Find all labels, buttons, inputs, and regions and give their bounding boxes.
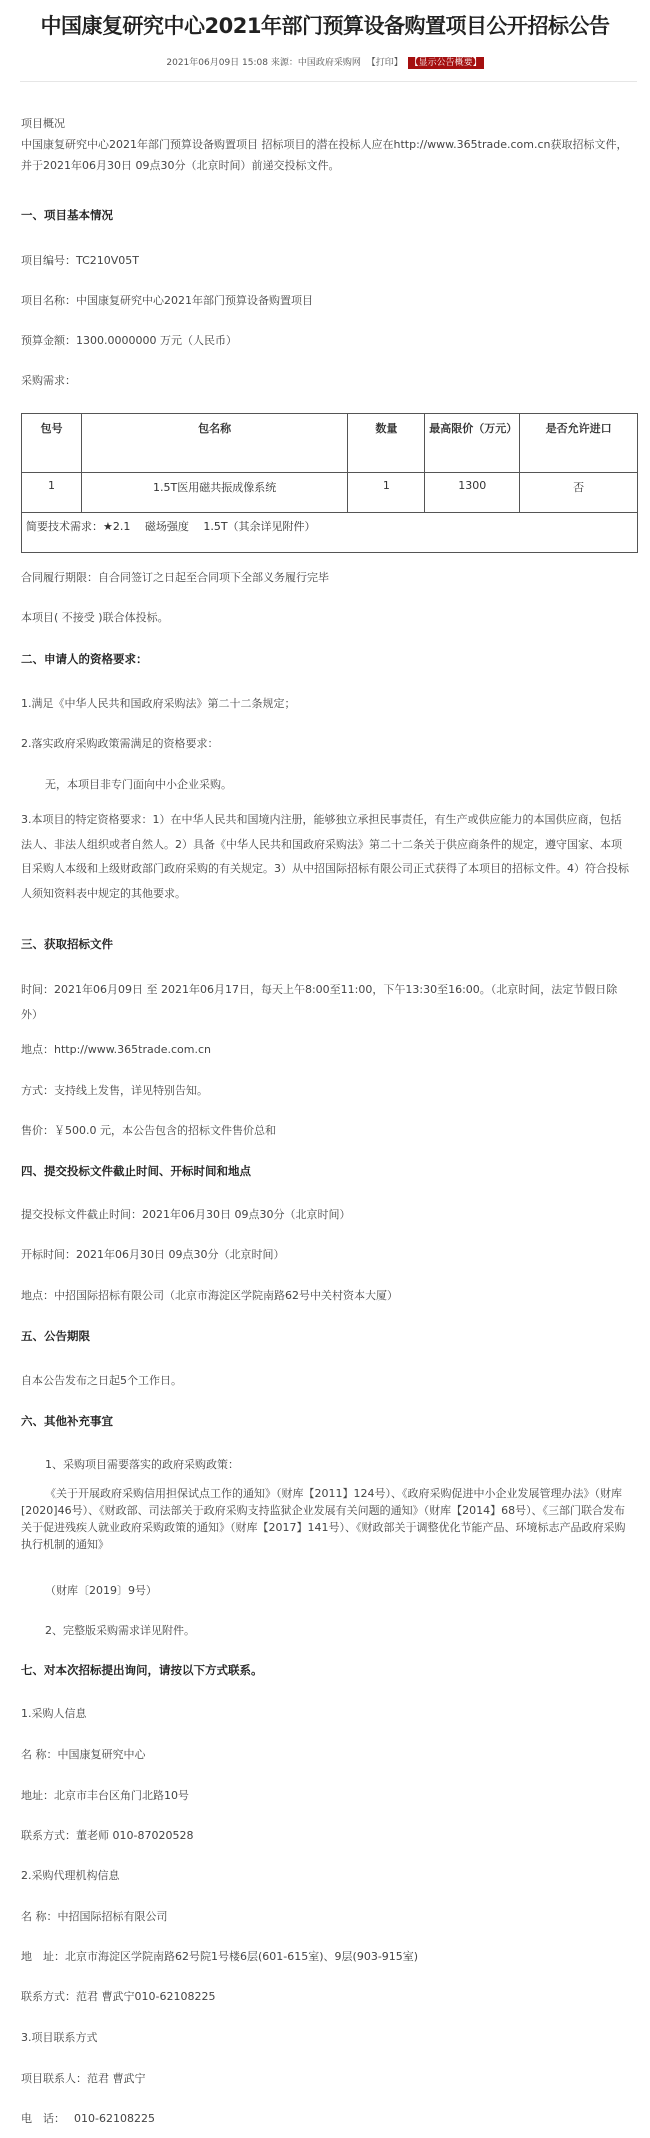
qualification-1: 1.满足《中华人民共和国政府采购法》第二十二条规定； bbox=[21, 694, 296, 714]
section-heading-4: 四、提交投标文件截止时间、开标时间和地点 bbox=[21, 1163, 251, 1179]
qualification-3: 3.本项目的特定资格要求：1）在中华人民共和国境内注册，能够独立承担民事责任，有… bbox=[21, 808, 631, 906]
header-divider bbox=[20, 81, 637, 82]
col-header-quantity: 数量 bbox=[348, 414, 425, 473]
obtain-method: 方式：支持线上发售，详见特别告知。 bbox=[21, 1081, 208, 1101]
project-number: 项目编号：TC210V05T bbox=[21, 251, 139, 271]
submission-deadline: 提交投标文件截止时间：2021年06月30日 09点30分（北京时间） bbox=[21, 1205, 350, 1225]
qualification-2-detail: 无，本项目非专门面向中小企业采购。 bbox=[45, 775, 232, 795]
project-contact-person: 项目联系人：范君 曹武宁 bbox=[21, 2069, 146, 2089]
page-title: 中国康复研究中心2021年部门预算设备购置项目公开招标公告 bbox=[0, 10, 650, 40]
cell-package-name: 1.5T医用磁共振成像系统 bbox=[81, 473, 348, 513]
publish-info: 2021年06月09日 15:08 来源：中国政府采购网 bbox=[166, 58, 360, 68]
opening-place: 地点：中招国际招标有限公司（北京市海淀区学院南路62号中关村资本大厦） bbox=[21, 1286, 398, 1306]
project-phone: 电 话： 010-62108225 bbox=[21, 2109, 155, 2129]
document-price: 售价：￥500.0 元，本公告包含的招标文件售价总和 bbox=[21, 1121, 276, 1141]
consortium-bid: 本项目( 不接受 )联合体投标。 bbox=[21, 608, 169, 628]
agency-contact: 联系方式：范君 曹武宁010-62108225 bbox=[21, 1987, 215, 2007]
purchaser-address: 地址：北京市丰台区角门北路10号 bbox=[21, 1786, 189, 1806]
opening-time: 开标时间：2021年06月30日 09点30分（北京时间） bbox=[21, 1245, 284, 1265]
section-heading-1: 一、项目基本情况 bbox=[21, 207, 113, 223]
table-row: 1 1.5T医用磁共振成像系统 1 1300 否 bbox=[22, 473, 638, 513]
project-name: 项目名称：中国康复研究中心2021年部门预算设备购置项目 bbox=[21, 291, 313, 311]
purchaser-name: 名 称：中国康复研究中心 bbox=[21, 1745, 146, 1765]
agency-name: 名 称：中招国际招标有限公司 bbox=[21, 1907, 168, 1927]
purchaser-label: 1.采购人信息 bbox=[21, 1704, 87, 1724]
col-header-package-no: 包号 bbox=[22, 414, 82, 473]
section-heading-7: 七、对本次招标提出询问，请按以下方式联系。 bbox=[21, 1662, 263, 1678]
policy-item-2: 2、完整版采购需求详见附件。 bbox=[45, 1621, 195, 1641]
obtain-time: 时间：2021年06月09日 至 2021年06月17日，每天上午8:00至11… bbox=[21, 977, 631, 1027]
overview-heading: 项目概况 bbox=[21, 114, 65, 134]
section-heading-2: 二、申请人的资格要求： bbox=[21, 651, 148, 667]
section-heading-6: 六、其他补充事宜 bbox=[21, 1413, 113, 1429]
cell-max-price: 1300 bbox=[425, 473, 520, 513]
announcement-period: 自本公告发布之日起5个工作日。 bbox=[21, 1371, 182, 1391]
article-meta: 2021年06月09日 15:08 来源：中国政府采购网 【打印】 【显示公告概… bbox=[0, 55, 650, 68]
col-header-max-price: 最高限价（万元） bbox=[425, 414, 520, 473]
project-contact-label: 3.项目联系方式 bbox=[21, 2028, 98, 2048]
cell-quantity: 1 bbox=[348, 473, 425, 513]
section-heading-5: 五、公告期限 bbox=[21, 1328, 90, 1344]
qualification-2: 2.落实政府采购政策需满足的资格要求： bbox=[21, 734, 219, 754]
procurement-table: 包号 包名称 数量 最高限价（万元） 是否允许进口 1 1.5T医用磁共振成像系… bbox=[21, 413, 638, 553]
budget-amount: 预算金额：1300.0000000 万元（人民币） bbox=[21, 331, 237, 351]
tech-requirement-note: 简要技术需求：★2.1 磁场强度 1.5T（其余详见附件） bbox=[22, 513, 638, 553]
obtain-place: 地点：http://www.365trade.com.cn bbox=[21, 1040, 211, 1060]
requirement-label: 采购需求： bbox=[21, 371, 76, 391]
col-header-package-name: 包名称 bbox=[81, 414, 348, 473]
policy-item-1: 1、采购项目需要落实的政府采购政策： bbox=[45, 1455, 239, 1475]
cell-import-allowed: 否 bbox=[520, 473, 638, 513]
contract-term: 合同履行期限：自合同签订之日起至合同项下全部义务履行完毕 bbox=[21, 568, 329, 588]
purchaser-contact: 联系方式：董老师 010-87020528 bbox=[21, 1826, 193, 1846]
print-link[interactable]: 【打印】 bbox=[367, 58, 403, 68]
agency-address: 地 址：北京市海淀区学院南路62号院1号楼6层(601-615室)、9层(903… bbox=[21, 1947, 418, 1967]
policy-reference: （财库〔2019〕9号） bbox=[45, 1581, 157, 1601]
col-header-import-allowed: 是否允许进口 bbox=[520, 414, 638, 473]
agency-label: 2.采购代理机构信息 bbox=[21, 1866, 120, 1886]
table-header-row: 包号 包名称 数量 最高限价（万元） 是否允许进口 bbox=[22, 414, 638, 473]
section-heading-3: 三、获取招标文件 bbox=[21, 936, 113, 952]
show-summary-button[interactable]: 【显示公告概要】 bbox=[408, 57, 484, 69]
overview-text: 中国康复研究中心2021年部门预算设备购置项目 招标项目的潜在投标人应在http… bbox=[21, 134, 631, 176]
table-note-row: 简要技术需求：★2.1 磁场强度 1.5T（其余详见附件） bbox=[22, 513, 638, 553]
policy-list: 《关于开展政府采购信用担保试点工作的通知》（财库【2011】124号）、《政府采… bbox=[21, 1485, 633, 1553]
cell-package-no: 1 bbox=[22, 473, 82, 513]
